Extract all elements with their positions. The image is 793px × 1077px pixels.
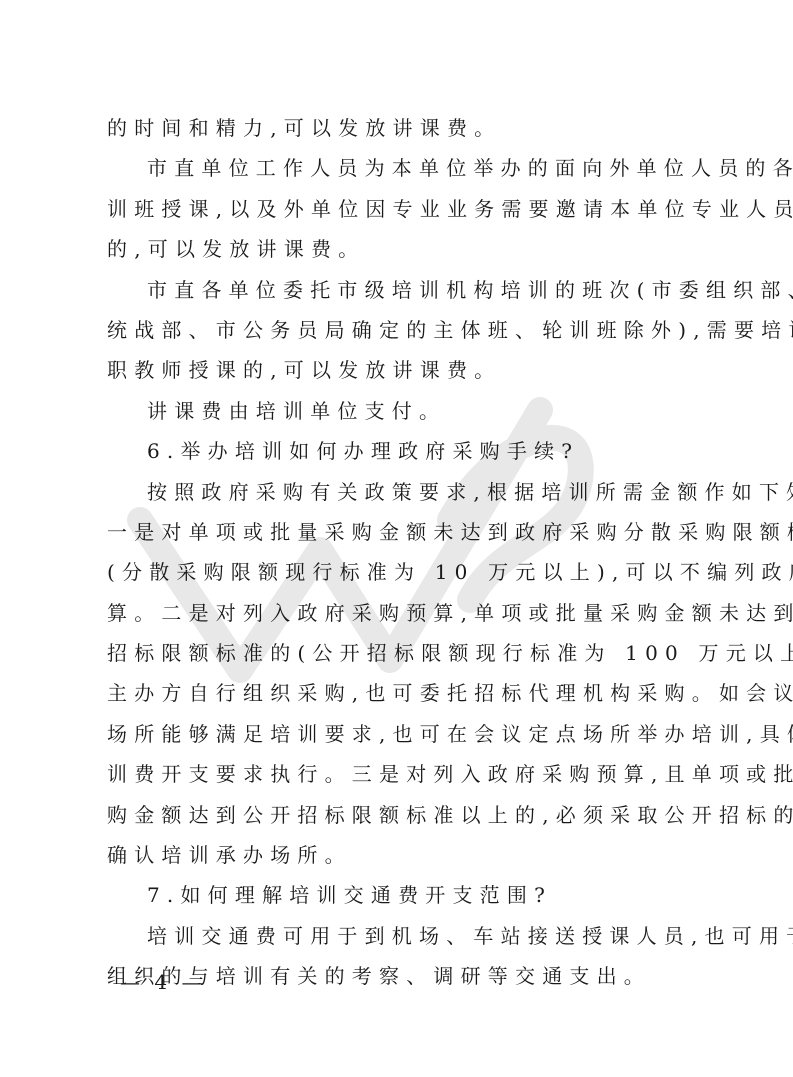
- text-line: 一是对单项或批量采购金额未达到政府采购分散采购限额标准的: [107, 512, 692, 552]
- text-line: 市直单位工作人员为本单位举办的面向外单位人员的各类培: [107, 148, 692, 188]
- text-line: 主办方自行组织采购,也可委托招标代理机构采购。如会议定点: [107, 673, 692, 713]
- text-line: 职教师授课的,可以发放讲课费。: [107, 350, 692, 390]
- text-line: 的,可以发放讲课费。: [107, 229, 692, 269]
- text-line: 购金额达到公开招标限额标准以上的,必须采取公开招标的方式: [107, 795, 692, 835]
- section-heading: 6.举办培训如何办理政府采购手续?: [107, 431, 692, 471]
- text-line: 确认培训承办场所。: [107, 835, 692, 875]
- text-line: 招标限额标准的(公开招标限额现行标准为 100 万元以上),可由: [107, 633, 692, 673]
- text-line: 统战部、市公务员局确定的主体班、轮训班除外),需要培训机构专: [107, 310, 692, 350]
- text-line: 的时间和精力,可以发放讲课费。: [107, 108, 692, 148]
- text-line: 训费开支要求执行。三是对列入政府采购预算,且单项或批量采: [107, 754, 692, 794]
- page-number: — 4 —: [120, 970, 205, 994]
- text-line: 讲课费由培训单位支付。: [107, 391, 692, 431]
- text-line: 场所能够满足培训要求,也可在会议定点场所举办培训,具体按培: [107, 714, 692, 754]
- text-line: 培训交通费可用于到机场、车站接送授课人员,也可用于统一: [107, 916, 692, 956]
- document-body: 的时间和精力,可以发放讲课费。 市直单位工作人员为本单位举办的面向外单位人员的各…: [107, 108, 692, 997]
- section-heading: 7.如何理解培训交通费开支范围?: [107, 875, 692, 915]
- text-line: 市直各单位委托市级培训机构培训的班次(市委组织部、市委: [107, 270, 692, 310]
- text-line: 训班授课,以及外单位因专业业务需要邀请本单位专业人员授课: [107, 189, 692, 229]
- text-line: (分散采购限额现行标准为 10 万元以上),可以不编列政府采购预: [107, 552, 692, 592]
- text-line: 算。二是对列入政府采购预算,单项或批量采购金额未达到公开: [107, 593, 692, 633]
- text-line: 按照政府采购有关政策要求,根据培训所需金额作如下处理:: [107, 472, 692, 512]
